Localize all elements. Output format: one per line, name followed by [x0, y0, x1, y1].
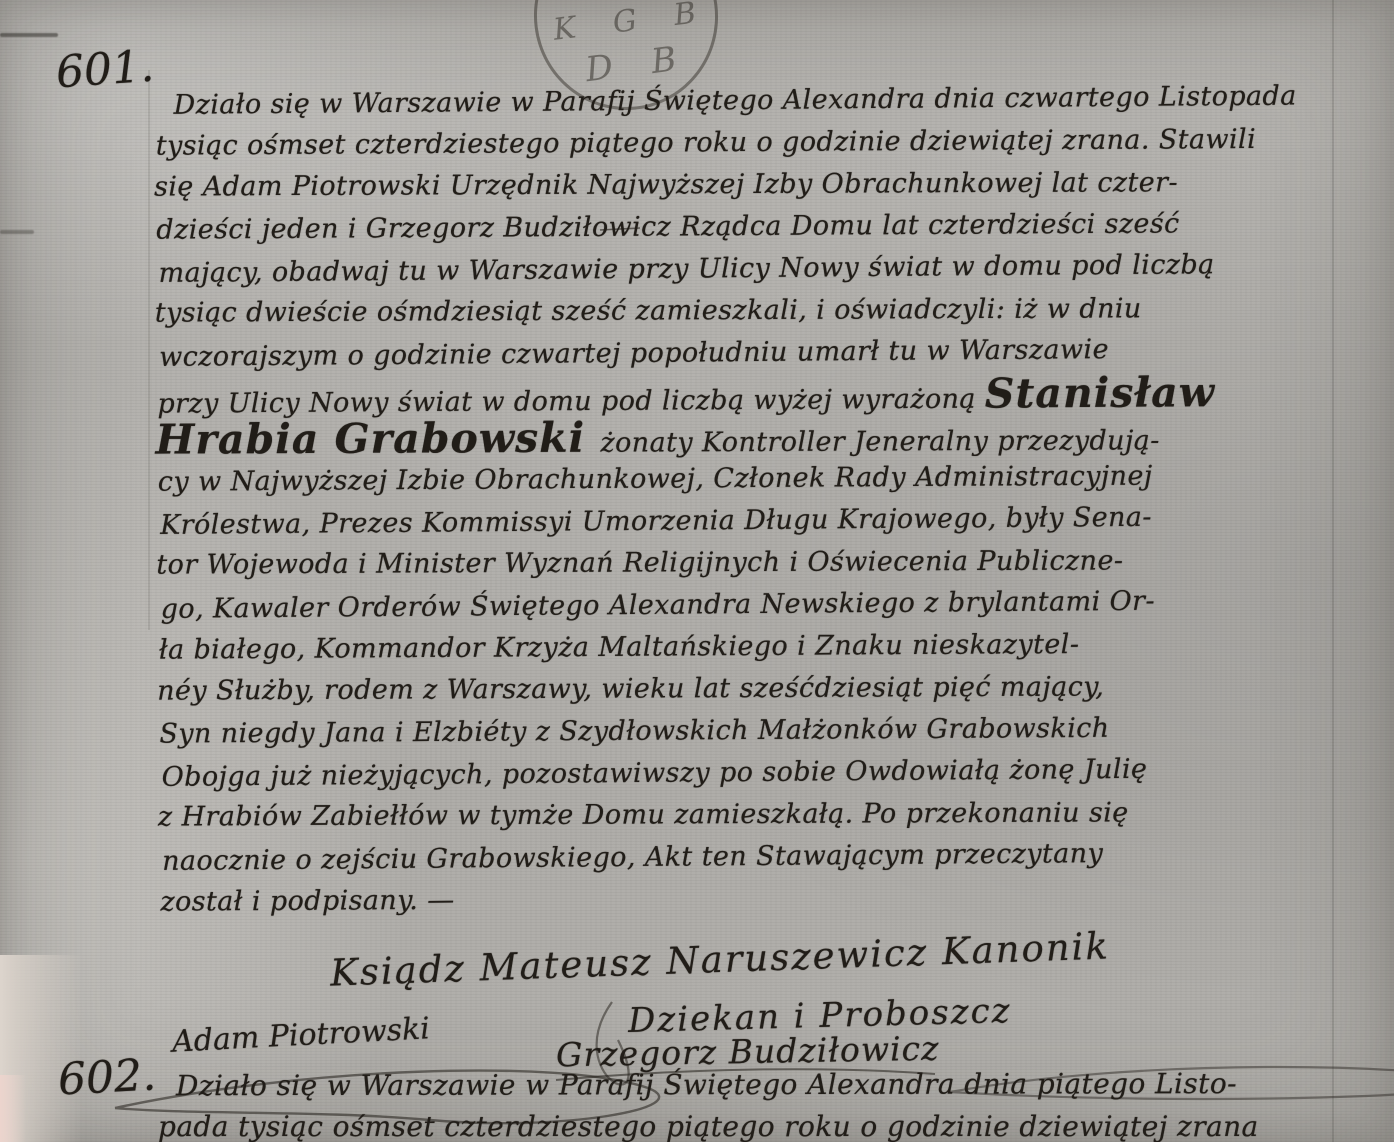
record-601-line: się Adam Piotrowski Urzędnik Najwyższej … — [154, 161, 1344, 208]
ink-smudge — [0, 33, 58, 37]
record-601-body: Działo się w Warszawie w Parafij Święteg… — [155, 76, 1350, 923]
record-601-line: tysiąc dwieście ośmdziesiąt sześć zamies… — [155, 287, 1345, 334]
record-601-line-text: żonaty Kontroller Jeneralny przezydują- — [600, 425, 1159, 458]
record-601-line: néy Służby, rodem z Warszawy, wieku lat … — [157, 665, 1347, 712]
record-601-number: 601. — [54, 41, 155, 99]
deceased-surname: Hrabia Grabowski — [156, 414, 601, 464]
record-601-line: Hrabia Grabowski żonaty Kontroller Jener… — [156, 413, 1346, 460]
record-601-line: został i podpisany. — — [160, 874, 1350, 923]
record-601-line: mający, obadwaj tu w Warszawie przy Ulic… — [158, 243, 1348, 295]
record-601-line: Obojga już nieżyjących, pozostawiwszy po… — [162, 747, 1352, 799]
record-602-number: 602. — [57, 1049, 158, 1105]
record-602-line: pada tysiąc ośmset czterdziestego piąteg… — [158, 1106, 1378, 1142]
record-601-line: przy Ulicy Nowy świat w domu pod liczbą … — [157, 370, 1347, 419]
record-601-line: z Hrabiów Zabiełłów w tymże Domu zamiesz… — [158, 791, 1348, 838]
fold-line-left — [148, 70, 150, 630]
record-601-line: Królestwa, Prezes Kommissyi Umorzenia Dł… — [160, 495, 1350, 547]
document-scan: K G B D B 601. Działo się w Warszawie w … — [0, 0, 1394, 1142]
priest-signature: Ksiądz Mateusz Naruszewicz Kanonik — [329, 924, 1110, 994]
record-601-line: ła białego, Kommandor Krzyża Maltańskieg… — [159, 622, 1349, 671]
deceased-first-name: Stanisław — [985, 368, 1216, 417]
record-602-line: Działo się w Warszawie w Parafij Święteg… — [176, 1063, 1380, 1108]
witness-signature-adam-piotrowski: Adam Piotrowski — [171, 1011, 430, 1059]
pink-paper-patch — [0, 1075, 26, 1142]
record-601-line: tysiąc ośmset czterdziestego piątego rok… — [156, 118, 1346, 167]
record-601-line: tor Wojewoda i Minister Wyznań Religijny… — [156, 539, 1346, 586]
ink-smudge — [0, 230, 34, 234]
record-602-body: Działo się w Warszawie w Parafij Święteg… — [158, 1064, 1378, 1142]
